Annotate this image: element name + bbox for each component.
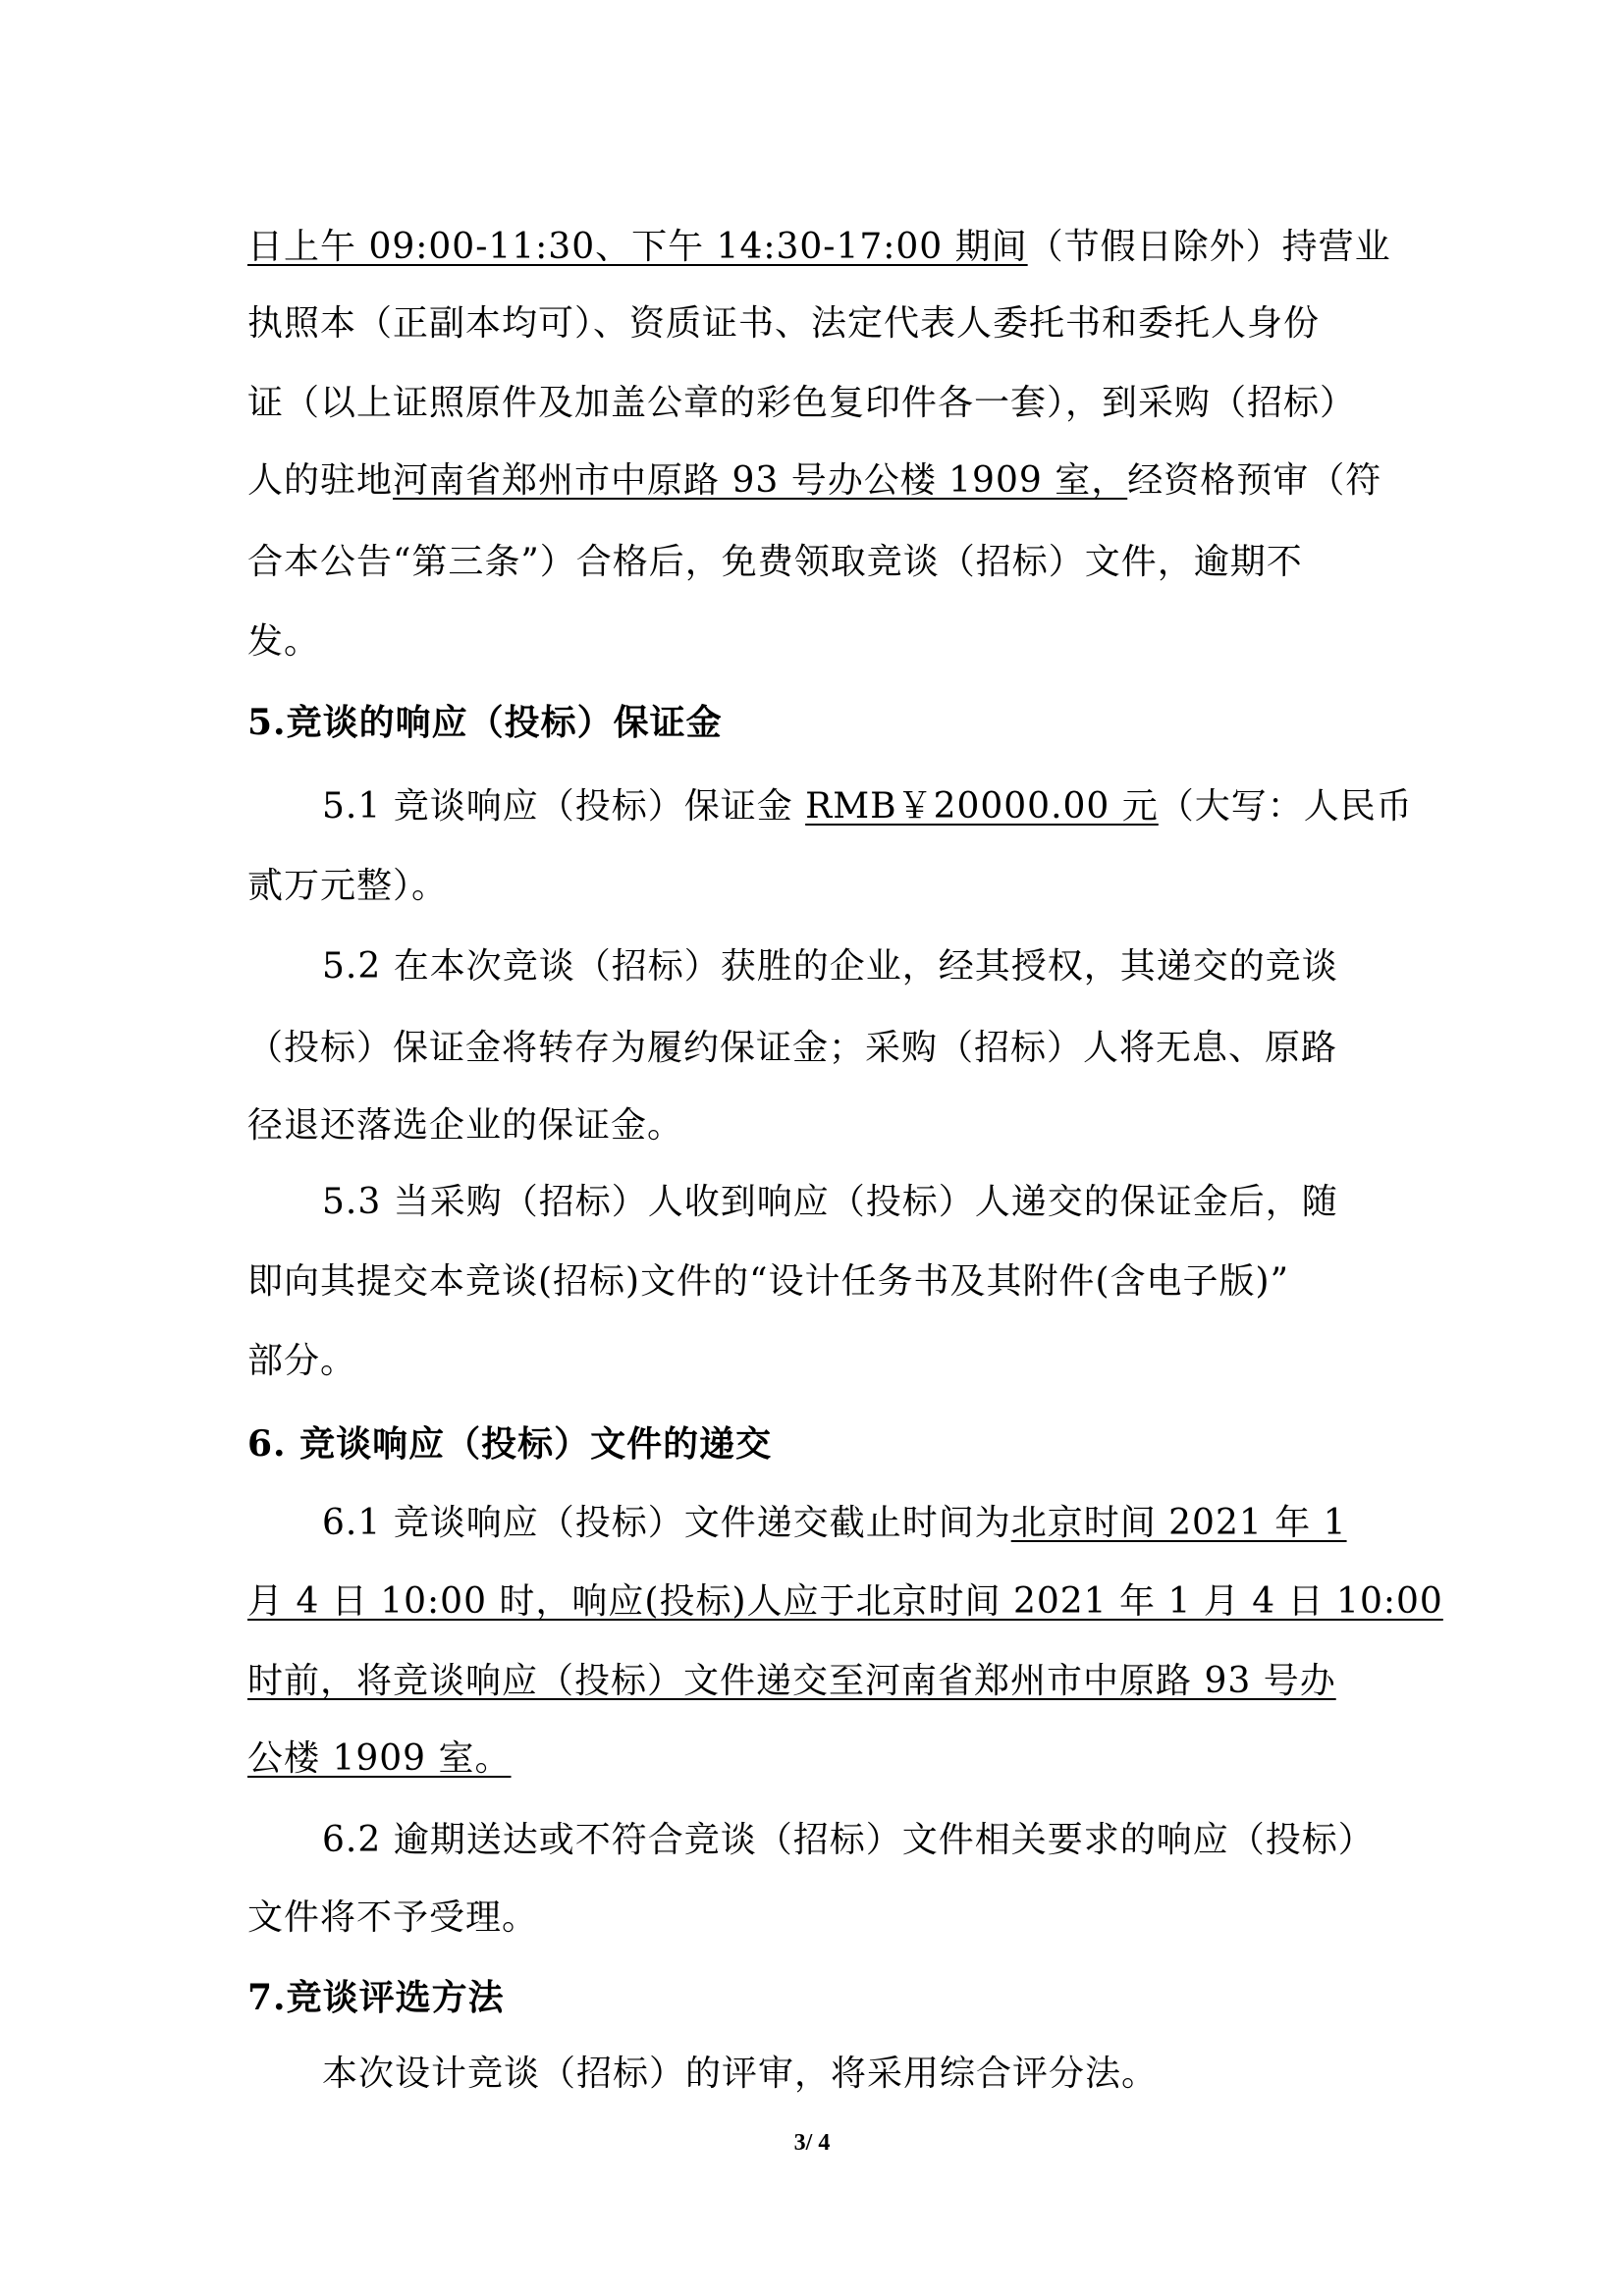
paragraph-line: 本次设计竞谈（招标）的评审，将采用综合评分法。: [247, 2045, 1386, 2104]
paragraph-line: 发。: [247, 613, 1386, 671]
underlined-text: 河南省郑州市中原路 93 号办公楼 1909 室，: [393, 460, 1127, 501]
paragraph-line: 贰万元整）。: [247, 857, 1386, 916]
paragraph-line: 证（以上证照原件及加盖公章的彩色复印件各一套），到采购（招标）: [247, 374, 1386, 433]
text-segment: 7.竞谈评选方法: [247, 1977, 505, 2018]
text-segment: 5.竞谈的响应（投标）保证金: [247, 702, 723, 743]
text-segment: 执照本（正副本均可）、资质证书、法定代表人委托书和委托人身份: [247, 303, 1320, 344]
text-segment: 人的驻地: [247, 460, 393, 501]
paragraph-line: 部分。: [247, 1332, 1386, 1391]
text-segment: 6. 竞谈响应（投标）文件的递交: [247, 1423, 772, 1465]
paragraph-line: 6.1 竞谈响应（投标）文件递交截止时间为北京时间 2021 年 1: [247, 1494, 1386, 1553]
paragraph-line: 6.2 逾期送达或不符合竞谈（招标）文件相关要求的响应（投标）: [247, 1811, 1386, 1870]
text-segment: （节假日除外）持营业: [1028, 227, 1391, 267]
page-number: 3/ 4: [766, 2130, 858, 2157]
text-segment: （投标）保证金将转存为履约保证金；采购（招标）人将无息、原路: [247, 1028, 1337, 1068]
text-segment: 6.1 竞谈响应（投标）文件递交截止时间为: [322, 1503, 1011, 1543]
paragraph-line: 公楼 1909 室。: [247, 1730, 1386, 1789]
paragraph-line: 人的驻地河南省郑州市中原路 93 号办公楼 1909 室，经资格预审（符: [247, 452, 1386, 510]
text-segment: 6.2 逾期送达或不符合竞谈（招标）文件相关要求的响应（投标）: [322, 1820, 1375, 1860]
paragraph-line: 即向其提交本竞谈(招标)文件的“设计任务书及其附件(含电子版)”: [247, 1253, 1386, 1311]
paragraph-line: 5.3 当采购（招标）人收到响应（投标）人递交的保证金后，随: [247, 1173, 1386, 1232]
paragraph-line: 时前，将竞谈响应（投标）文件递交至河南省郑州市中原路 93 号办: [247, 1652, 1386, 1711]
paragraph-line: 5.1 竞谈响应（投标）保证金 RMB￥20000.00 元（大写：人民币: [247, 777, 1386, 836]
document-page: 日上午 09:00-11:30、下午 14:30-17:00 期间（节假日除外）…: [0, 0, 1624, 2296]
underlined-text: RMB￥20000.00 元: [805, 786, 1159, 827]
paragraph-line: 5.2 在本次竞谈（招标）获胜的企业，经其授权，其递交的竞谈: [247, 937, 1386, 996]
underlined-text: 北京时间 2021 年 1: [1011, 1503, 1347, 1543]
underlined-text: 月 4 日 10:00 时，响应(投标)人应于北京时间 2021 年 1 月 4…: [247, 1581, 1443, 1622]
text-segment: 文件将不予受理。: [247, 1897, 538, 1938]
underlined-text: 公楼 1909 室。: [247, 1738, 512, 1779]
paragraph-line: 径退还落选企业的保证金。: [247, 1096, 1386, 1155]
text-segment: 径退还落选企业的保证金。: [247, 1105, 683, 1146]
paragraph-line: 执照本（正副本均可）、资质证书、法定代表人委托书和委托人身份: [247, 294, 1386, 353]
text-segment: 本次设计竞谈（招标）的评审，将采用综合评分法。: [322, 2054, 1158, 2094]
text-segment: 5.3 当采购（招标）人收到响应（投标）人递交的保证金后，随: [322, 1182, 1338, 1222]
text-segment: 证（以上证照原件及加盖公章的彩色复印件各一套），到采购（招标）: [247, 383, 1356, 423]
text-segment: 贰万元整）。: [247, 866, 448, 906]
paragraph-line: 日上午 09:00-11:30、下午 14:30-17:00 期间（节假日除外）…: [247, 218, 1386, 277]
text-segment: （大写：人民币: [1159, 786, 1413, 827]
text-segment: 部分。: [247, 1341, 356, 1381]
section-heading: 6. 竞谈响应（投标）文件的递交: [247, 1415, 1386, 1473]
section-heading: 5.竞谈的响应（投标）保证金: [247, 693, 1386, 752]
text-segment: 发。: [247, 621, 320, 662]
paragraph-line: （投标）保证金将转存为履约保证金；采购（招标）人将无息、原路: [247, 1019, 1386, 1078]
text-segment: 5.1 竞谈响应（投标）保证金: [322, 786, 805, 827]
text-segment: 即向其提交本竞谈(招标)文件的“设计任务书及其附件(含电子版)”: [247, 1261, 1289, 1302]
section-heading: 7.竞谈评选方法: [247, 1968, 1386, 2027]
text-segment: 5.2 在本次竞谈（招标）获胜的企业，经其授权，其递交的竞谈: [322, 946, 1338, 987]
underlined-text: 日上午 09:00-11:30、下午 14:30-17:00 期间: [247, 227, 1028, 267]
paragraph-line: 月 4 日 10:00 时，响应(投标)人应于北京时间 2021 年 1 月 4…: [247, 1573, 1386, 1631]
text-segment: 合本公告“第三条”）合格后，免费领取竞谈（招标）文件，逾期不: [247, 542, 1303, 582]
paragraph-line: 合本公告“第三条”）合格后，免费领取竞谈（招标）文件，逾期不: [247, 533, 1386, 592]
text-segment: 经资格预审（符: [1127, 460, 1381, 501]
underlined-text: 时前，将竞谈响应（投标）文件递交至河南省郑州市中原路 93 号办: [247, 1661, 1336, 1701]
paragraph-line: 文件将不予受理。: [247, 1889, 1386, 1948]
